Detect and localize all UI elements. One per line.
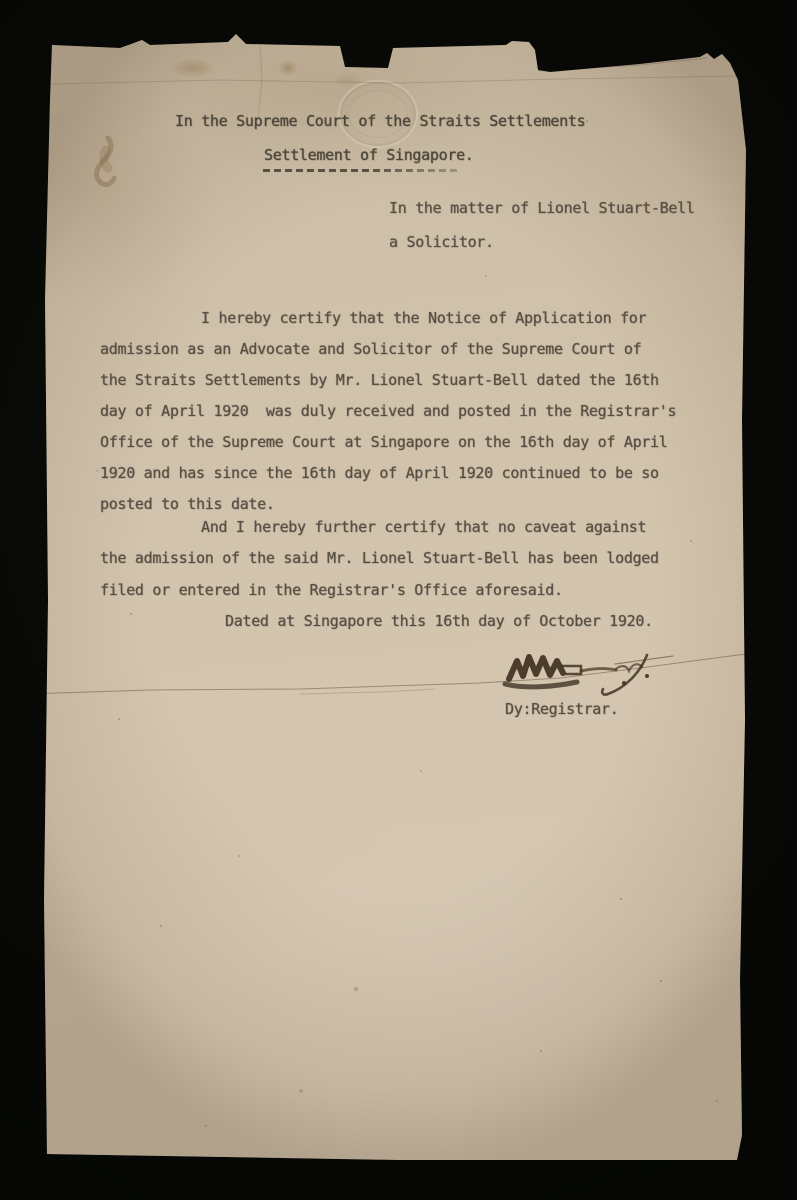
scan-background: In the Supreme Court of the Straits Sett… — [0, 0, 797, 1200]
body-line: filed or entered in the Registrar's Offi… — [100, 581, 563, 599]
title-underline — [263, 169, 459, 172]
registrar-label: Dy:Registrar. — [505, 700, 619, 718]
matter-line1: In the matter of Lionel Stuart-Bell — [389, 199, 695, 217]
paper-sheet: In the Supreme Court of the Straits Sett… — [0, 0, 797, 1200]
ink-hook-stain — [0, 0, 797, 1200]
body-line: the Straits Settlements by Mr. Lionel St… — [100, 371, 659, 389]
foxing-specks — [0, 0, 2, 2]
court-title-line1: In the Supreme Court of the Straits Sett… — [175, 112, 585, 130]
body-line: And I hereby further certify that no cav… — [201, 518, 646, 536]
body-line: posted to this date. — [100, 495, 275, 513]
body-line: admission as an Advocate and Solicitor o… — [100, 340, 641, 358]
court-title-line2: Settlement of Singapore. — [264, 146, 474, 164]
stain-smudge — [170, 58, 216, 78]
body-line: 1920 and has since the 16th day of April… — [100, 464, 659, 482]
paper-vignette — [0, 0, 797, 1200]
dated-line: Dated at Singapore this 16th day of Octo… — [225, 612, 653, 630]
stain-smudge — [278, 60, 298, 76]
registrar-signature — [495, 643, 680, 701]
crease-lines — [0, 0, 797, 1200]
body-line: the admission of the said Mr. Lionel Stu… — [100, 549, 659, 567]
matter-line2: a Solicitor. — [389, 233, 494, 251]
body-line: I hereby certify that the Notice of Appl… — [201, 309, 646, 327]
body-line: day of April 1920 was duly received and … — [100, 402, 676, 420]
body-line: Office of the Supreme Court at Singapore… — [100, 433, 668, 451]
